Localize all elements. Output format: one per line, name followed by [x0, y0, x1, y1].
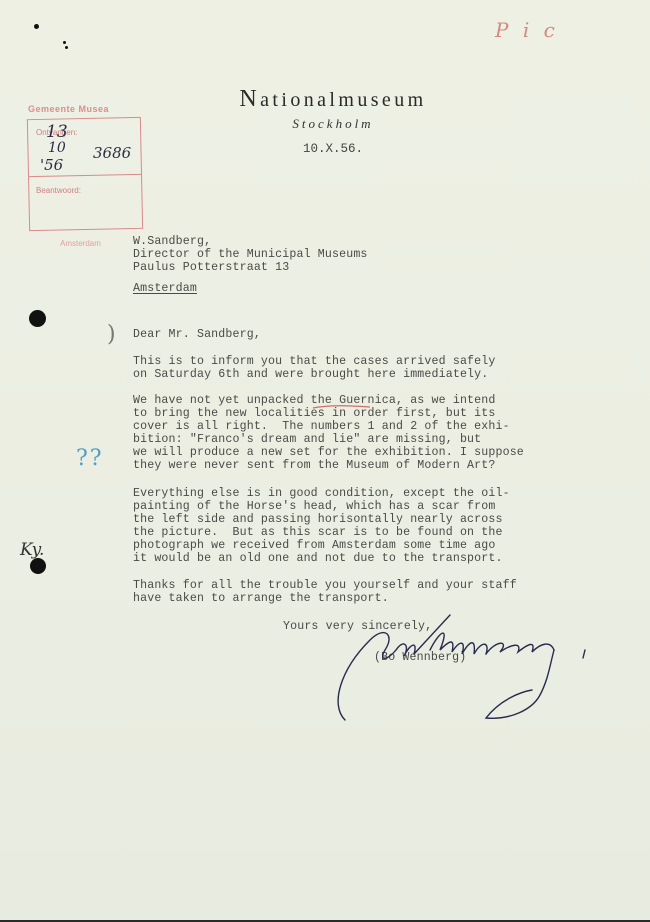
paragraph-line: painting of the Horse's head, which has … [133, 501, 495, 514]
paragraph-line: it would be an old one and not due to th… [133, 553, 503, 566]
handwritten-signature [300, 610, 600, 730]
paragraph-line: photograph we received from Amsterdam so… [133, 540, 495, 553]
pencil-mark: ) [107, 322, 116, 347]
margin-initials: Ky. [20, 540, 44, 560]
stamp-label-answered: Beantwoord: [36, 186, 81, 195]
punch-hole [30, 558, 46, 574]
recipient-street: Paulus Potterstraat 13 [133, 262, 289, 275]
stamp-date-day: 13 [46, 122, 68, 142]
salutation: Dear Mr. Sandberg, [133, 329, 261, 342]
paragraph-line: the picture. But as this scar is to be f… [133, 527, 503, 540]
paragraph-line: we will produce a new set for the exhibi… [133, 447, 524, 460]
paragraph-line: Everything else is in good condition, ex… [133, 488, 510, 501]
ink-dot [65, 46, 68, 49]
paragraph-line: This is to inform you that the cases arr… [133, 356, 495, 369]
corner-annotation: P i c [495, 18, 559, 42]
recipient-city: Amsterdam [133, 283, 197, 296]
recipient-name: W.Sandberg, [133, 236, 211, 249]
paragraph-line: cover is all right. The numbers 1 and 2 … [133, 421, 510, 434]
recipient-title: Director of the Municipal Museums [133, 249, 368, 262]
paragraph-line: they were never sent from the Museum of … [133, 460, 495, 473]
paragraph-line: bition: "Franco's dream and lie" are mis… [133, 434, 481, 447]
stamp-number: 3686 [93, 144, 131, 162]
red-underline-mark [312, 404, 372, 410]
stamp-date-month: 10 [48, 140, 66, 156]
punch-hole [29, 310, 46, 327]
paragraph-line: on Saturday 6th and were brought here im… [133, 369, 488, 382]
stamp-header: Gemeente Musea [28, 104, 109, 114]
ink-dot [34, 24, 39, 29]
paragraph-line: have taken to arrange the transport. [133, 593, 389, 606]
margin-question-marks: ?? [76, 446, 104, 471]
paragraph-line: Thanks for all the trouble you yourself … [133, 580, 517, 593]
paragraph-line: the left side and passing horisontally n… [133, 514, 503, 527]
letter-page: P i c Nationalmuseum Stockholm 10.X.56. … [0, 0, 650, 922]
stamp-label-city: Amsterdam [60, 239, 101, 248]
stamp-date-year: '56 [40, 156, 63, 174]
ink-dot [63, 41, 66, 44]
